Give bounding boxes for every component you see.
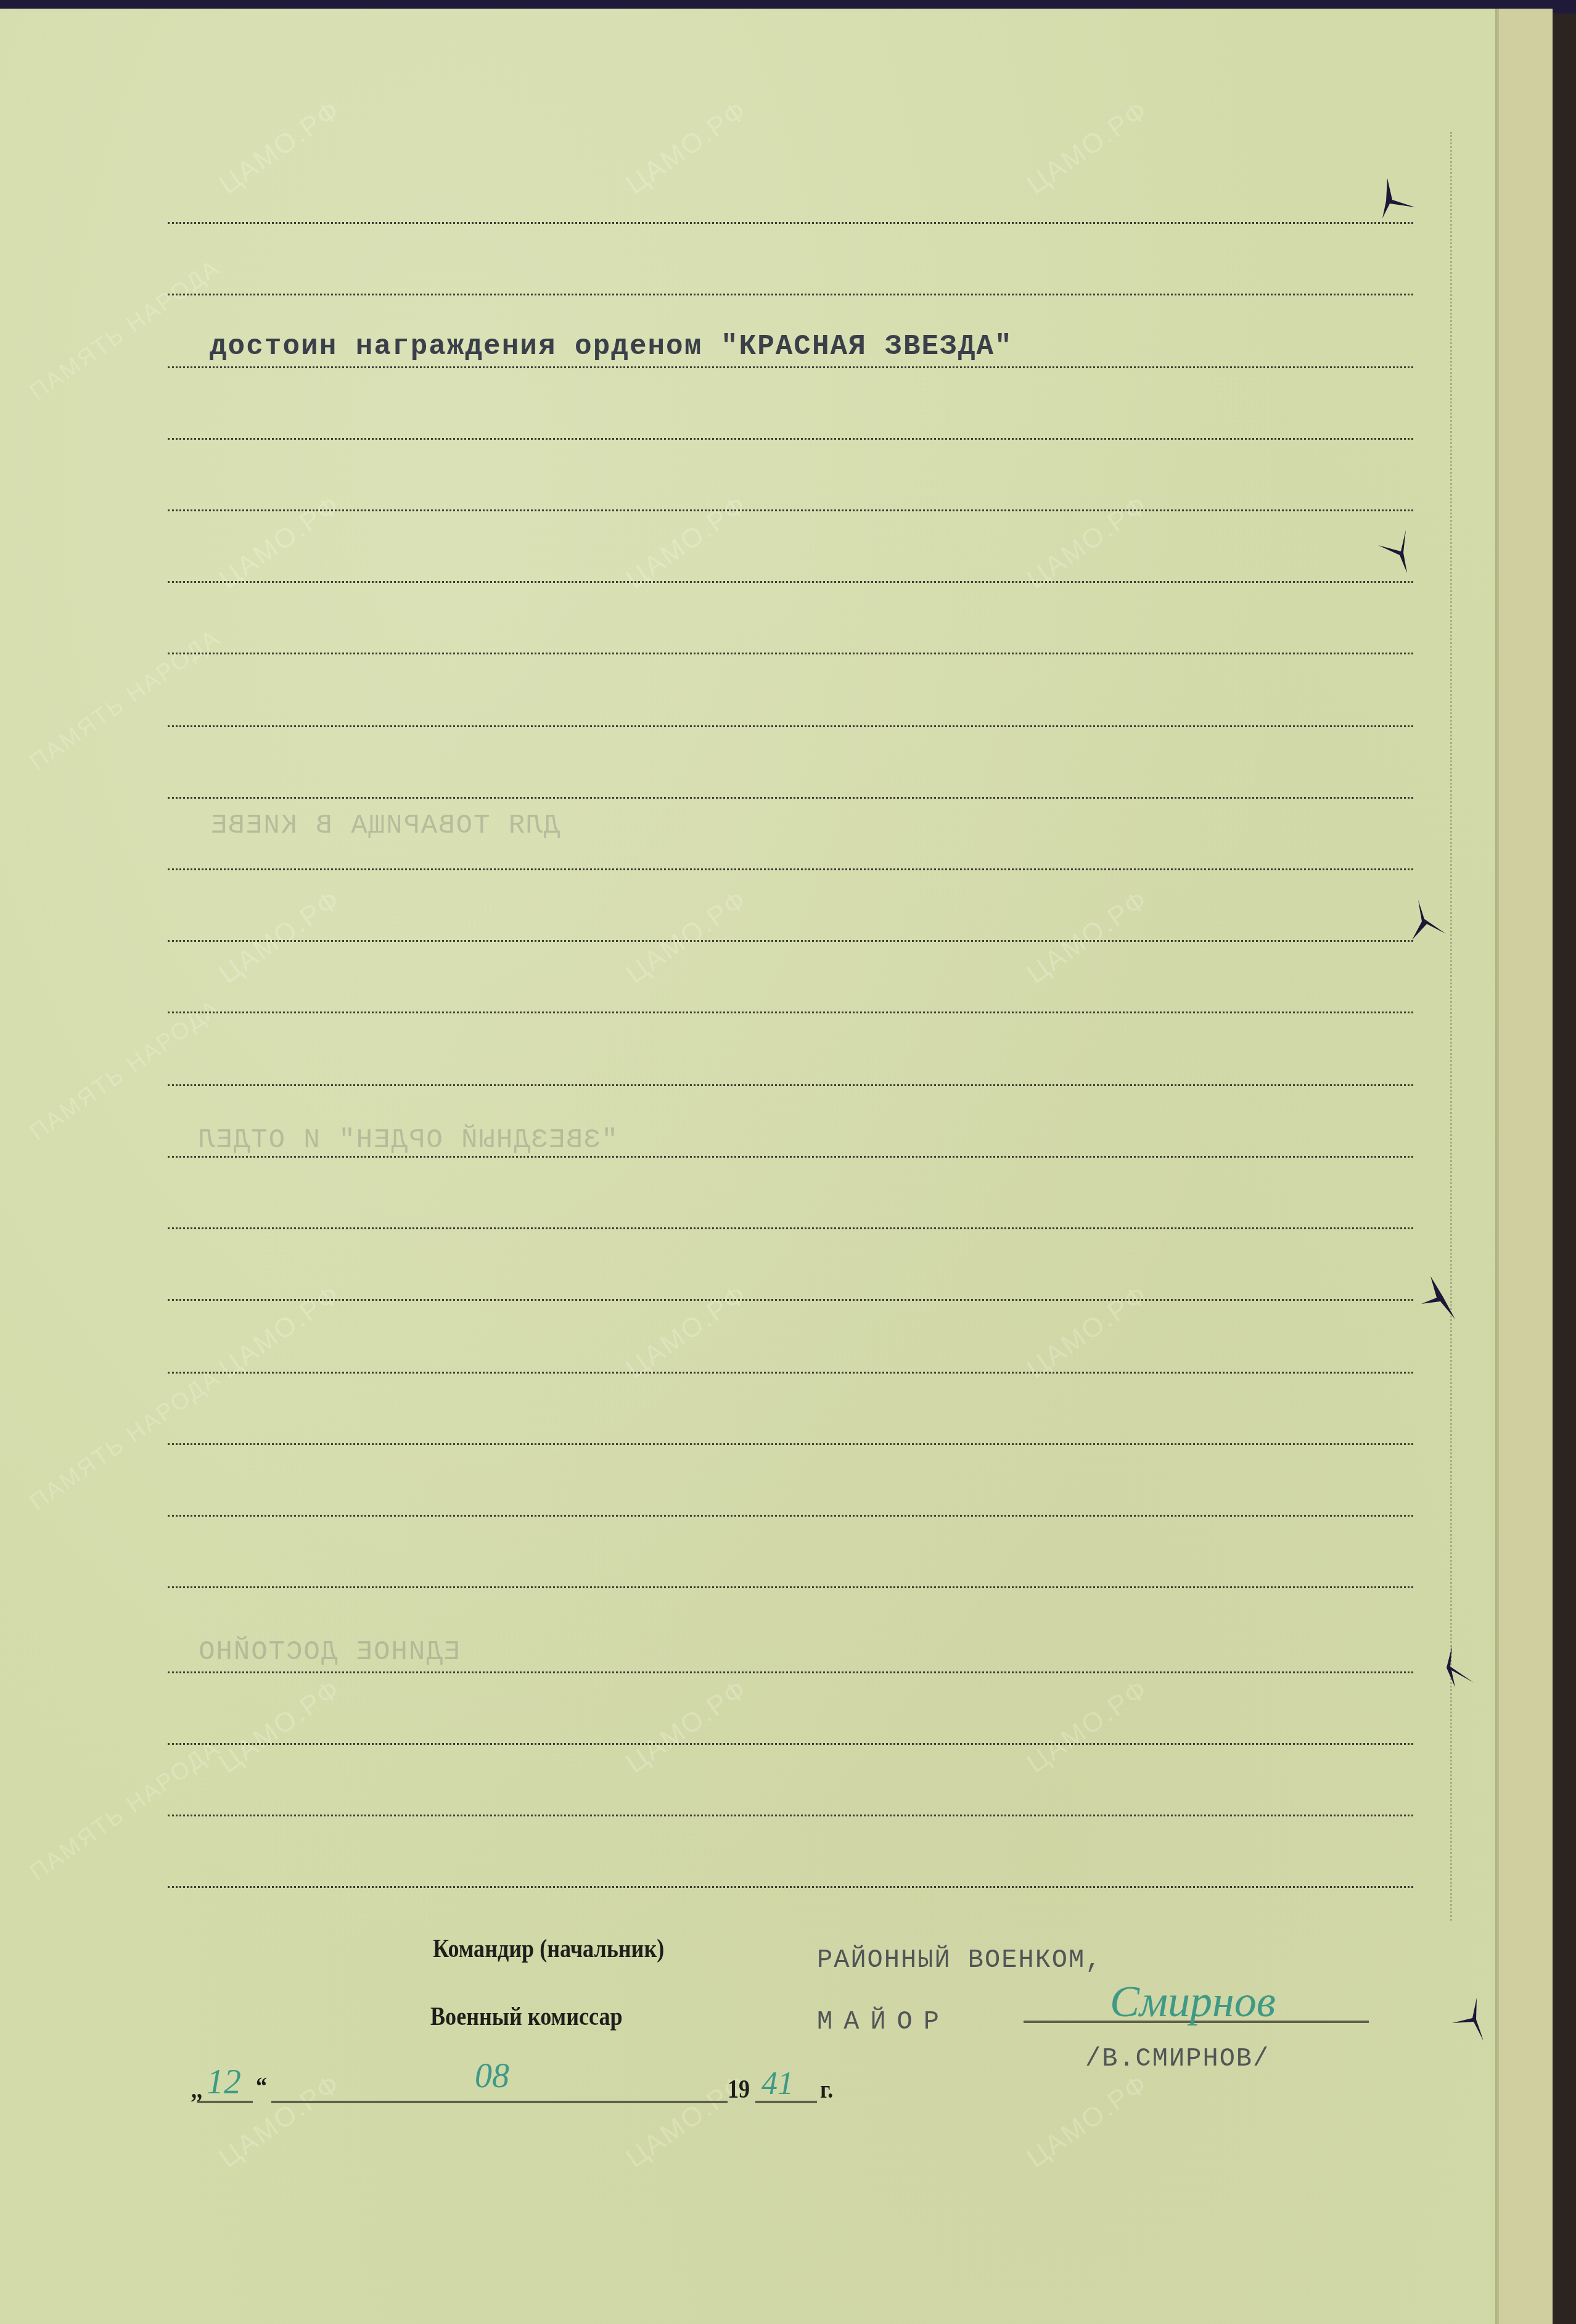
- ruled-line: [168, 940, 1413, 942]
- punch-hole-icon: [1400, 897, 1449, 946]
- ruled-line: [168, 725, 1413, 727]
- watermark: ЦАМО.РФ: [1021, 1279, 1154, 1385]
- watermark-secondary: ПАМЯТЬ НАРОДА: [25, 255, 226, 406]
- watermark: ЦАМО.РФ: [620, 1279, 753, 1385]
- date-month: 08: [475, 2056, 509, 2096]
- ruled-line: [168, 222, 1413, 224]
- watermark: ЦАМО.РФ: [1021, 884, 1154, 990]
- ruled-line: [168, 1227, 1413, 1229]
- ruled-line: [168, 1012, 1413, 1013]
- punch-hole-icon: [1430, 1643, 1480, 1692]
- date-year-unit: г.: [820, 2075, 833, 2104]
- watermark: ЦАМО.РФ: [213, 884, 347, 990]
- name-typed: /В.СМИРНОВ/: [1085, 2044, 1270, 2074]
- watermark: ЦАМО.РФ: [620, 884, 753, 990]
- ruled-line: [168, 1886, 1413, 1888]
- watermark: ЦАМО.РФ: [620, 489, 753, 595]
- punch-hole-icon: [1418, 1273, 1467, 1322]
- bleed-through-text: ЕДИНОЕ ДОСТОЙНО: [197, 1637, 460, 1668]
- ruled-line: [168, 1443, 1413, 1445]
- ruled-line: [168, 653, 1413, 654]
- commander-label: Командир (начальник): [433, 1934, 664, 1964]
- watermark: ЦАМО.РФ: [213, 1279, 347, 1385]
- ruled-line: [168, 1299, 1413, 1301]
- punch-hole-icon: [1369, 175, 1418, 225]
- ruled-line: [168, 1515, 1413, 1517]
- bleed-through-text: "ЗВЕЗДНЫЙ ОРДЕН" И ОТДЕЛ: [197, 1125, 618, 1156]
- date-day: 12: [207, 2062, 241, 2102]
- watermark: ЦАМО.РФ: [1021, 94, 1154, 200]
- date-close-quote: “: [256, 2072, 267, 2101]
- watermark: ЦАМО.РФ: [213, 489, 347, 595]
- ruled-line: [168, 797, 1413, 799]
- watermark: ЦАМО.РФ: [1021, 1673, 1154, 1779]
- ruled-line: [168, 581, 1413, 583]
- watermark: ЦАМО.РФ: [620, 1673, 753, 1779]
- commander-typed-title: РАЙОННЫЙ ВОЕНКОМ,: [817, 1945, 1102, 1975]
- watermark-secondary: ПАМЯТЬ НАРОДА: [25, 1735, 226, 1886]
- month-line: [271, 2101, 728, 2103]
- ruled-line: [168, 1671, 1413, 1673]
- watermark: ЦАМО.РФ: [620, 94, 753, 200]
- watermark-secondary: ПАМЯТЬ НАРОДА: [25, 995, 226, 1146]
- ruled-line: [168, 1815, 1413, 1816]
- ruled-line: [168, 1084, 1413, 1086]
- ruled-line: [168, 438, 1413, 440]
- punch-hole-icon: [1449, 1995, 1498, 2044]
- commissar-label: Военный комиссар: [430, 2002, 623, 2032]
- document-page: ЦАМО.РФ ЦАМО.РФ ЦАМО.РФ ЦАМО.РФ ЦАМО.РФ …: [0, 9, 1498, 2324]
- watermark-secondary: ПАМЯТЬ НАРОДА: [25, 1365, 226, 1516]
- watermark-secondary: ПАМЯТЬ НАРОДА: [25, 625, 226, 776]
- ruled-line: [168, 509, 1413, 511]
- rank-typed: МАЙОР: [817, 2007, 950, 2037]
- watermark: ЦАМО.РФ: [213, 1673, 347, 1779]
- handwritten-signature: Смирнов: [1110, 1976, 1276, 2027]
- ruled-line: [168, 294, 1413, 295]
- watermark: ЦАМО.РФ: [213, 94, 347, 200]
- binding-fold: [1495, 9, 1499, 2324]
- date-year-prefix: 19: [728, 2075, 750, 2104]
- watermark: ЦАМО.РФ: [1021, 2068, 1154, 2174]
- ruled-line: [168, 366, 1413, 368]
- bleed-through-text: ДЛЯ ТОВАРИЩА В КИЕВЕ: [210, 810, 560, 841]
- ruled-line: [168, 868, 1413, 870]
- ruled-line: [168, 1372, 1413, 1374]
- ruled-line: [168, 1156, 1413, 1158]
- award-recommendation-line: достоин награждения орденом "КРАСНАЯ ЗВЕ…: [210, 331, 1013, 363]
- ruled-line: [168, 1743, 1413, 1745]
- date-open-quote: ,,: [191, 2075, 202, 2104]
- date-year-suffix: 41: [761, 2066, 794, 2102]
- watermark: ЦАМО.РФ: [1021, 489, 1154, 595]
- ruled-line: [168, 1586, 1413, 1588]
- punch-hole-icon: [1375, 527, 1424, 576]
- binding-flap: [1495, 9, 1553, 2324]
